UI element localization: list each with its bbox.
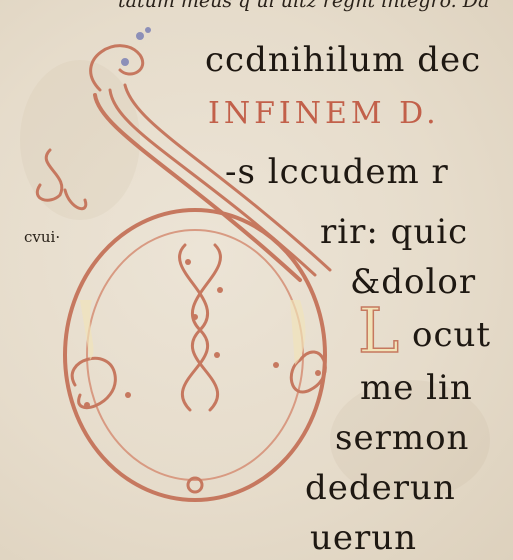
text-line-9: uerun <box>310 518 417 558</box>
text-line-2: -s lccudem r <box>225 152 449 192</box>
text-line-6: me lin <box>360 368 473 408</box>
text-line-5: ocut <box>412 315 491 355</box>
rubric-line: INFINEM D. <box>208 96 440 131</box>
marginal-number: cvui· <box>24 228 60 246</box>
text-line-8: dederun <box>305 468 456 508</box>
text-line-3: rir: quic <box>320 212 468 252</box>
text-line-7: sermon <box>335 418 469 458</box>
text-line-1: ccdnihilum dec <box>205 40 481 80</box>
decorated-initial-L: L <box>358 300 399 362</box>
